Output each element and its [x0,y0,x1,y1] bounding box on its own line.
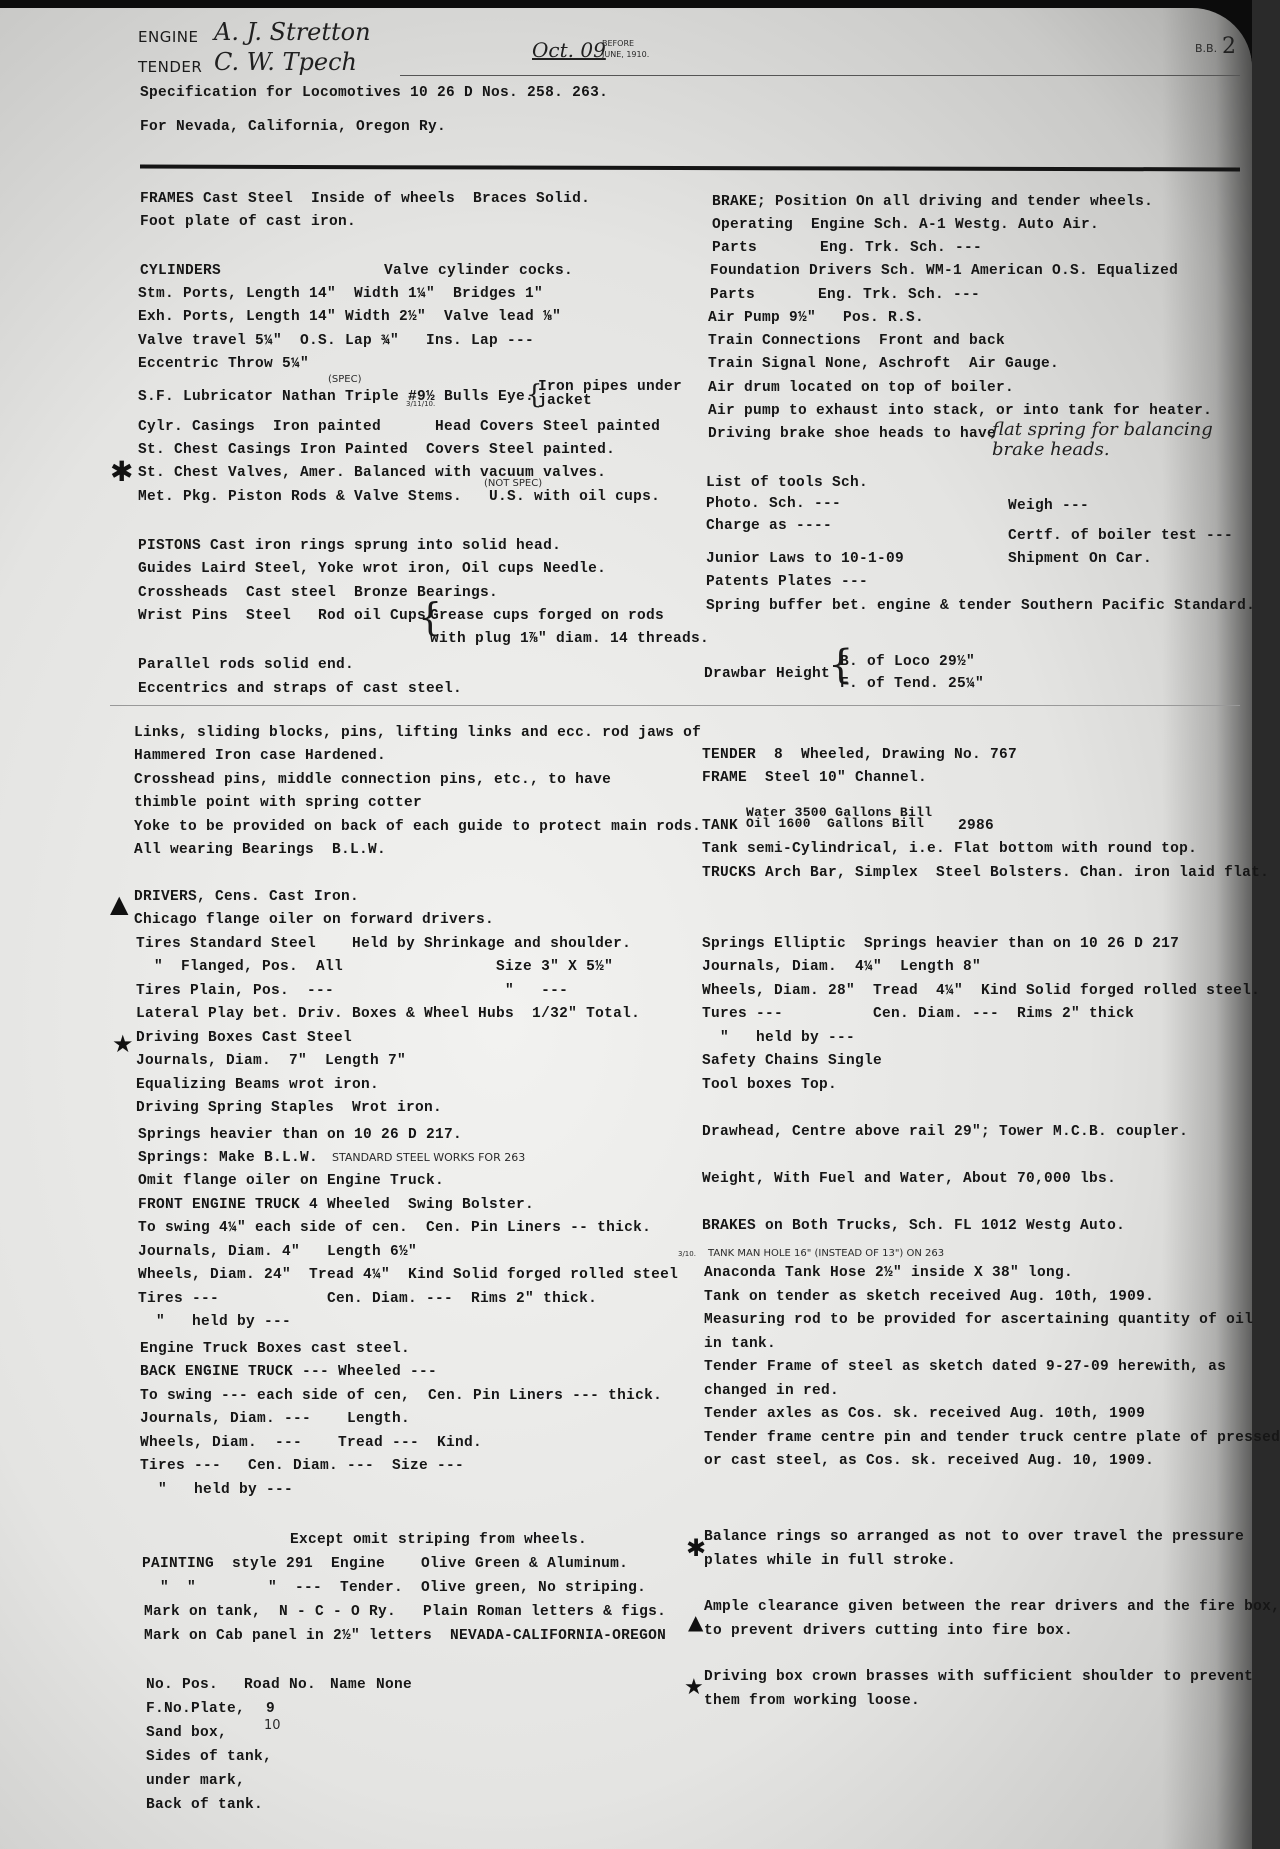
drivers-line: Driving Spring Staples Wrot iron. [136,1099,442,1117]
drawhead-line: Drawhead, Centre above rail 29"; Tower M… [702,1123,1188,1141]
links-line: thimble point with spring cotter [134,794,422,812]
tender-label: TENDER [138,58,202,76]
triangle-mark: ▲ [688,1608,703,1636]
railway-name: For Nevada, California, Oregon Ry. [140,118,446,136]
numbers-row: Back of tank. [146,1796,263,1814]
tank-note-line: Tender Frame of steel as sketch dated 9-… [704,1358,1226,1376]
tank-note-line: changed in red. [704,1382,839,1400]
drivers-line: " Flanged, Pos. All Size 3" X 5½" [136,958,613,976]
drivers-line: " held by --- [140,1481,293,1499]
note-line: Balance rings so arranged as not to over… [704,1528,1244,1546]
drivers-line: Wheels, Diam. 24" Tread 4¼" Kind Solid f… [138,1266,678,1284]
brake-hand-note: flat spring for balancing brake heads. [992,420,1222,460]
grease-note: with plug 1⅞" diam. 14 threads. [430,630,709,648]
shipment-line: Shipment On Car. [1008,550,1152,568]
drivers-line: Engine Truck Boxes cast steel. [140,1340,410,1358]
tank-note-line: Tender frame centre pin and tender truck… [704,1429,1280,1447]
brakes-trucks-line: BRAKES on Both Trucks, Sch. FL 1012 West… [702,1217,1125,1235]
brake-line: Driving brake shoe heads to have [708,425,996,443]
drawbar-label: Drawbar Height [704,665,830,683]
tender-springs-line: Wheels, Diam. 28" Tread 4¼" Kind Solid f… [702,982,1260,1000]
numbers-header: No. Pos. [146,1676,218,1694]
links-line: All wearing Bearings B.L.W. [134,841,386,859]
drivers-line: Omit flange oiler on Engine Truck. [138,1172,444,1190]
drivers-line: Journals, Diam. 4" Length 6½" [138,1243,417,1261]
section-divider [110,705,1240,706]
drivers-line: Lateral Play bet. Driv. Boxes & Wheel Hu… [136,1005,640,1023]
brake-line: Air pump to exhaust into stack, or into … [708,402,1212,420]
cyl-line: Exh. Ports, Length 14" Width 2½" Valve l… [138,308,561,326]
painting-line: " " " --- Tender. Olive green, No stripi… [142,1579,646,1597]
weight-line: Weight, With Fuel and Water, About 70,00… [702,1170,1116,1188]
brake-line: Parts Eng. Trk. Sch. --- [712,239,982,257]
cyl-line: Stm. Ports, Length 14" Width 1¼" Bridges… [138,285,543,303]
links-line: Crosshead pins, middle connection pins, … [134,771,611,789]
brake-line: Air drum located on top of boiler. [708,379,1014,397]
links-line: Hammered Iron case Hardened. [134,747,386,765]
pistons-line: Wrist Pins Steel Rod oil Cups [138,607,426,625]
painting-line: PAINTING style 291 Engine Olive Green & … [142,1555,628,1573]
drivers-line: Chicago flange oiler on forward drivers. [134,911,494,929]
cylinders-heading: CYLINDERS [140,262,221,280]
page-edge [1252,0,1280,1849]
spec-title: Specification for Locomotives 10 26 D No… [140,84,608,102]
drivers-line: Springs heavier than on 10 26 D 217. [138,1126,462,1144]
page-number: 2 [1222,34,1236,59]
note-line: Ample clearance given between the rear d… [704,1598,1280,1616]
tank-note-line: Measuring rod to be provided for ascerta… [704,1311,1253,1329]
tank-oil: Oil 1600 Gallons Bill [746,815,924,833]
tank-note-line: Tank on tender as sketch received Aug. 1… [704,1288,1154,1306]
brake-line: Operating Engine Sch. A-1 Westg. Auto Ai… [712,216,1099,234]
triangle-mark: ▲ [110,890,128,918]
painting-line: Mark on tank, N - C - O Ry. Plain Roman … [144,1603,666,1621]
charge-line: Charge as ---- [706,517,832,535]
patents-line: Patents Plates --- [706,573,868,591]
numbers-row: Sides of tank, [146,1748,272,1766]
pistons-line: PISTONS Cast iron rings sprung into soli… [138,537,561,555]
drivers-line: Tires Standard Steel Held by Shrinkage a… [136,935,631,953]
buffer-line: Spring buffer bet. engine & tender South… [706,597,1255,615]
brake-line: Air Pump 9½" Pos. R.S. [708,309,924,327]
junior-line: Junior Laws to 10-1-09 [706,550,904,568]
pistons-line: Guides Laird Steel, Yoke wrot iron, Oil … [138,560,606,578]
tank-line: Tank semi-Cylindrical, i.e. Flat bottom … [702,840,1197,858]
drivers-line: To swing --- each side of cen, Cen. Pin … [140,1387,662,1405]
road-no: 9 [266,1700,275,1718]
tank-label: TANK [702,817,738,835]
page-ref: B.B. [1195,42,1217,55]
drivers-line: BACK ENGINE TRUCK --- Wheeled --- [140,1363,437,1381]
note-line: Driving box crown brasses with sufficien… [704,1668,1253,1686]
brake-line: Train Signal None, Aschroft Air Gauge. [708,355,1059,373]
tender-springs-line: " held by --- [702,1029,855,1047]
frames-line: FRAMES Cast Steel Inside of wheels Brace… [140,190,590,208]
tank-bill-no: 2986 [958,817,994,835]
tank-note-line: Anaconda Tank Hose 2½" inside X 38" long… [704,1264,1073,1282]
drivers-line: Springs: Make B.L.W. [138,1149,318,1167]
cyl-line: Valve travel 5¼" O.S. Lap ¾" Ins. Lap --… [138,332,534,350]
numbers-row: Sand box, [146,1724,227,1742]
numbers-row: under mark, [146,1772,245,1790]
cyl-line: St. Chest Casings Iron Painted Covers St… [138,441,615,459]
drivers-line: To swing 4¼" each side of cen. Cen. Pin … [138,1219,651,1237]
painting-except-note: Except omit striping from wheels. [290,1531,587,1549]
numbers-header: None [376,1676,412,1694]
springs-note: STANDARD STEEL WORKS FOR 263 [332,1151,525,1164]
grease-note: Grease cups forged on rods [430,607,664,625]
rods-line: Eccentrics and straps of cast steel. [138,680,462,698]
brake-line: Train Connections Front and back [708,332,1005,350]
drivers-line: FRONT ENGINE TRUCK 4 Wheeled Swing Bolst… [138,1196,534,1214]
tender-springs-line: Journals, Diam. 4¼" Length 8" [702,958,981,976]
drivers-line: Wheels, Diam. --- Tread --- Kind. [140,1434,482,1452]
drivers-line: " held by --- [138,1313,291,1331]
drivers-line: Tires --- Cen. Diam. --- Rims 2" thick. [138,1290,597,1308]
painting-line: Mark on Cab panel in 2½" letters NEVADA-… [144,1627,666,1645]
tools-line: List of tools Sch. [706,474,868,492]
tank-note-line: in tank. [704,1335,776,1353]
links-line: Yoke to be provided on back of each guid… [134,818,701,836]
brake-line: Parts Eng. Trk. Sch. --- [710,286,980,304]
cyl-line: Cylr. Casings Iron painted Head Covers S… [138,418,660,436]
numbers-header: Road No. [244,1676,316,1694]
tank-note-line: or cast steel, as Cos. sk. received Aug.… [704,1452,1154,1470]
drawbar-loco: B. of Loco 29½" [840,653,975,671]
photo-line: Photo. Sch. --- [706,495,841,513]
drivers-line: Journals, Diam. 7" Length 7" [136,1052,406,1070]
drivers-line: Journals, Diam. --- Length. [140,1410,410,1428]
star-mark: ★ [112,1030,134,1058]
cylinder-cocks: Valve cylinder cocks. [384,262,573,280]
tender-line: FRAME Steel 10" Channel. [702,769,927,787]
tender-springs-line: Safety Chains Single [702,1052,882,1070]
tender-signature: C. W. Tpech [214,48,357,76]
drivers-line: Tires --- Cen. Diam. --- Size --- [140,1457,464,1475]
cyl-line: Eccentric Throw 5¼" [138,355,309,373]
tender-springs-line: Tures --- Cen. Diam. --- Rims 2" thick [702,1005,1134,1023]
lubricator-note: Iron pipes under jacket [538,380,708,408]
numbers-header: Name [330,1676,366,1694]
rods-line: Parallel rods solid end. [138,656,354,674]
asterisk-mark: ✱ [110,458,133,486]
manhole-date: 3/10. [678,1250,696,1258]
drivers-line: Driving Boxes Cast Steel [136,1029,352,1047]
cert-line: Certf. of boiler test --- [1008,527,1233,545]
star-mark: ★ [684,1674,704,1702]
spec-note: (SPEC) [328,374,361,385]
brake-line: BRAKE; Position On all driving and tende… [712,193,1153,211]
note-line: them from working loose. [704,1692,920,1710]
pistons-line: Crossheads Cast steel Bronze Bearings. [138,584,498,602]
cyl-line: S.F. Lubricator Nathan Triple #9½ Bulls … [138,388,534,406]
numbers-row: F.No.Plate, [146,1700,245,1718]
drawbar-tender: F. of Tend. 25¼" [840,675,984,693]
drivers-line: DRIVERS, Cens. Cast Iron. [134,888,359,906]
tank-line: TRUCKS Arch Bar, Simplex Steel Bolsters.… [702,864,1269,882]
brake-line: Foundation Drivers Sch. WM-1 American O.… [710,262,1178,280]
tender-springs-line: Tool boxes Top. [702,1076,837,1094]
engine-label: ENGINE [138,28,198,46]
note-line: to prevent drivers cutting into fire box… [704,1622,1073,1640]
tender-line: TENDER 8 Wheeled, Drawing No. 767 [702,746,1017,764]
road-no: 10 [264,1718,281,1733]
date-stamp: Oct. 09 [532,38,606,62]
manhole-note: TANK MAN HOLE 16" (INSTEAD OF 13") ON 26… [708,1248,944,1259]
foot-plate-line: Foot plate of cast iron. [140,213,356,231]
cyl-line: Met. Pkg. Piston Rods & Valve Stems. U.S… [138,488,660,506]
drivers-line: Tires Plain, Pos. --- " --- [136,982,568,1000]
tank-note-line: Tender axles as Cos. sk. received Aug. 1… [704,1405,1145,1423]
small-date: 3/11/10. [406,400,435,408]
date-note: BEFORE JUNE, 1910. [602,38,652,60]
tender-springs-line: Springs Elliptic Springs heavier than on… [702,935,1179,953]
engine-signature: A. J. Stretton [214,18,371,46]
links-line: Links, sliding blocks, pins, lifting lin… [134,724,701,742]
header-line [400,75,1240,76]
note-line: plates while in full stroke. [704,1552,956,1570]
weigh-line: Weigh --- [1008,497,1089,515]
drivers-line: Equalizing Beams wrot iron. [136,1076,379,1094]
